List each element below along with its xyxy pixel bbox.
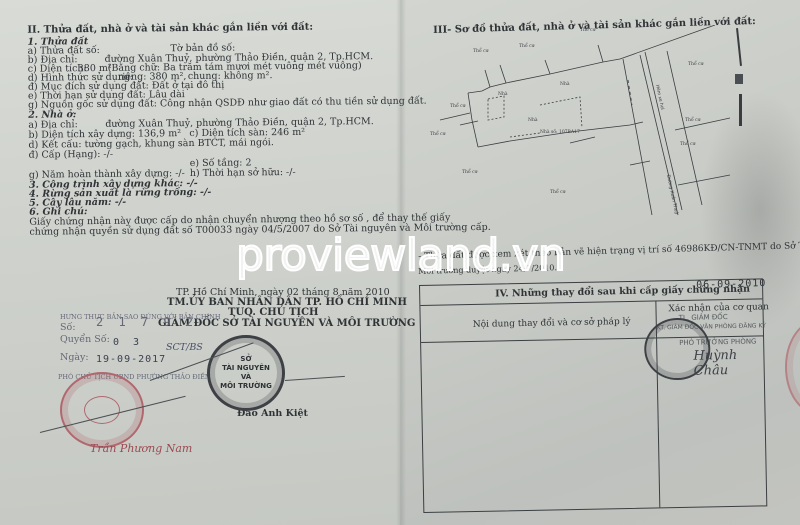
book-number-suffix: SCT/BS <box>166 342 203 353</box>
north-arrow-bottom <box>739 94 742 126</box>
column-header-content: Nội dung thay đổi và cơ sở pháp lý <box>473 317 631 331</box>
svg-text:Thổ cư: Thổ cư <box>580 26 597 33</box>
map-neighbor-label: Thổ cư <box>450 102 467 109</box>
section-iv-title: IV. Những thay đổi sau khi cấp giấy chứn… <box>495 284 750 300</box>
north-arrow <box>738 28 741 128</box>
svg-text:Thổ cư: Thổ cư <box>688 60 705 67</box>
house-grade: đ) Cấp (Hạng): -/- <box>29 149 114 161</box>
reg-number-label: Số: <box>60 322 76 333</box>
right-signer-signature: Huỳnh Châu <box>693 347 764 378</box>
reg-number-value: 2 1 7 9 2 <box>96 317 197 328</box>
svg-text:Thổ cư: Thổ cư <box>685 116 702 123</box>
changes-table-column-headers: Nội dung thay đổi và cơ sở pháp lý Xác n… <box>420 298 763 343</box>
house-ownership-term: h) Thời hạn sở hữu: -/- <box>190 167 296 179</box>
svg-text:Thổ cư: Thổ cư <box>519 42 536 49</box>
svg-text:Thổ cư: Thổ cư <box>550 188 567 195</box>
north-arrow-mark <box>735 74 743 84</box>
svg-text:Nhà: Nhà <box>498 90 508 97</box>
ward-official-name: Trần Phương Nam <box>90 443 192 454</box>
department-seal-stamp: SỞ TÀI NGUYÊN VÀ MÔI TRƯỜNG <box>207 335 285 411</box>
date-value: 19-09-2017 <box>96 354 166 365</box>
book-number-value: 0 3 <box>113 337 143 348</box>
section-ii-title: II. Thửa đất, nhà ở và tài sản khác gắn … <box>27 22 313 36</box>
stamp-line-3: VÀ <box>241 373 251 382</box>
stamp-line-4: MÔI TRƯỜNG <box>220 382 272 391</box>
watermark: proviewland.vn <box>236 230 565 281</box>
date-label: Ngày: <box>60 352 89 363</box>
stamp-line-1: SỞ <box>240 355 251 364</box>
map-lot-label: Nhà số: 107BA17 <box>540 128 580 135</box>
svg-text:Nhà: Nhà <box>528 116 538 123</box>
map-house-label: Nhà <box>560 80 570 87</box>
site-plan-map: Thổ cư Thổ cư Thổ cư Thổ cư Thổ cư Thổ c… <box>420 25 740 235</box>
svg-text:Thổ cư: Thổ cư <box>462 168 479 175</box>
svg-text:Thổ cư: Thổ cư <box>680 140 697 147</box>
signing-tuq: TUQ. CHỦ TỊCH <box>228 307 318 318</box>
book-number-label: Quyển Số: <box>60 334 110 345</box>
changes-table: IV. Những thay đổi sau khi cấp giấy chứn… <box>419 278 767 513</box>
svg-text:Thổ cư: Thổ cư <box>430 130 447 137</box>
svg-text:Thổ cư: Thổ cư <box>473 47 490 54</box>
stamp-line-2: TÀI NGUYÊN <box>222 364 270 373</box>
